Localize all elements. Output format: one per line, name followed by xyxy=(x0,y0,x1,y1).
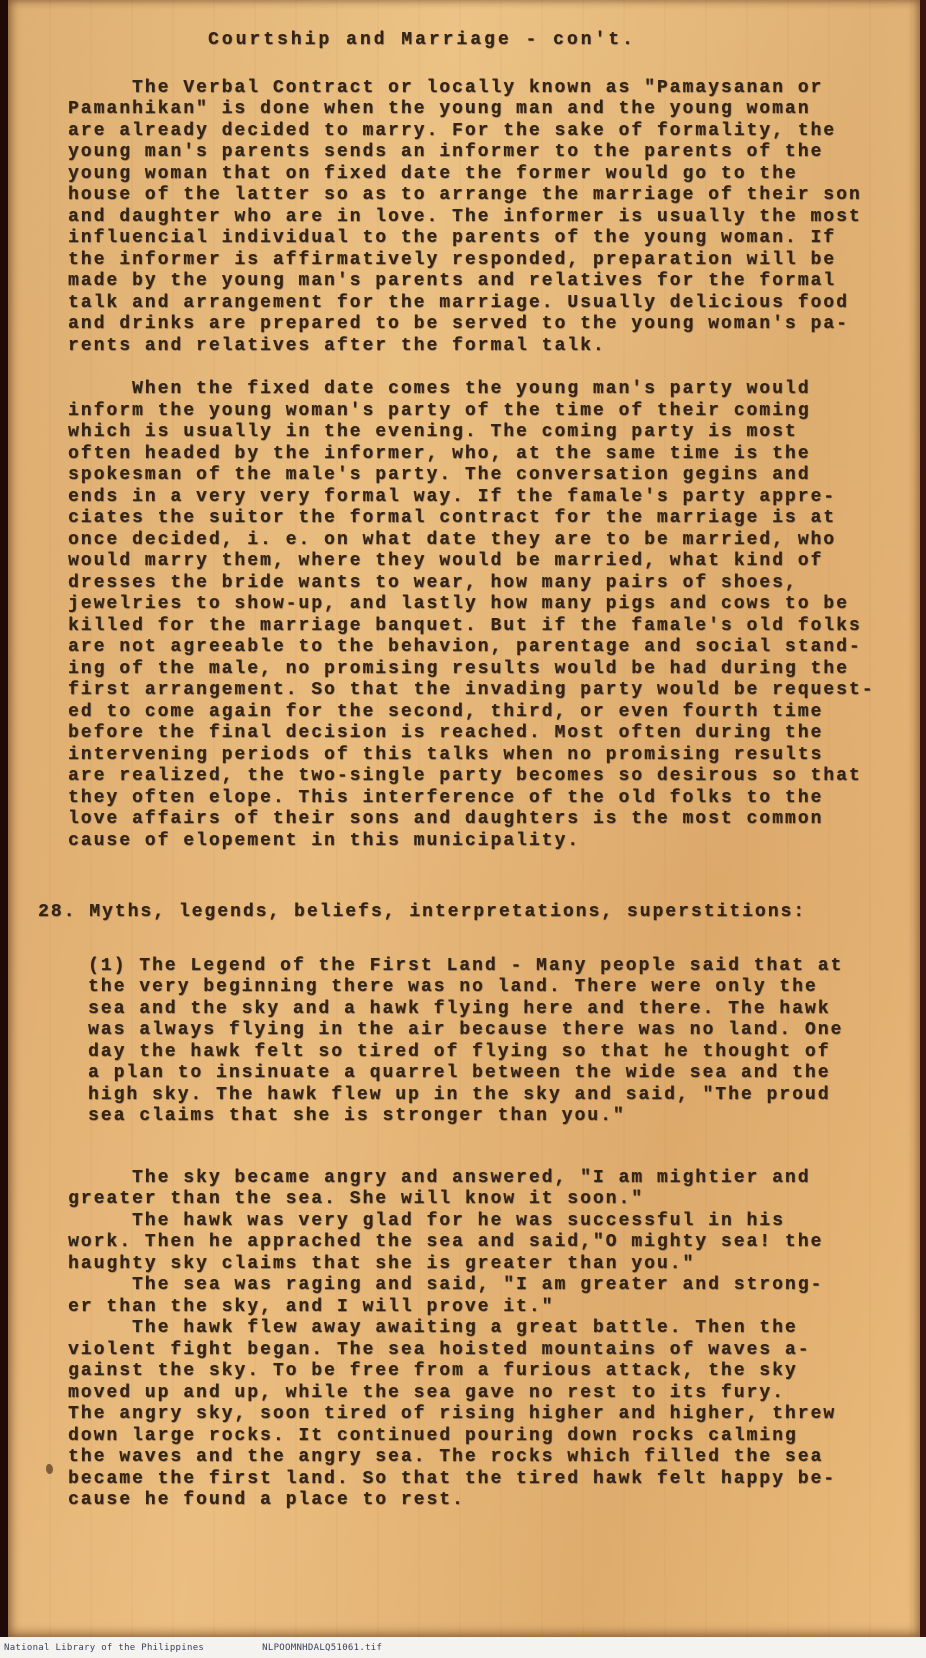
text-line: (1) The Legend of the First Land - Many … xyxy=(88,956,890,978)
text-line: moved up and up, while the sea gave no r… xyxy=(68,1383,890,1405)
text-line: the very beginning there was no land. Th… xyxy=(88,977,890,999)
text-line: ends in a very very formal way. If the f… xyxy=(68,487,890,509)
text-line: er than the sky, and I will prove it." xyxy=(68,1297,890,1319)
text-line: When the fixed date comes the young man'… xyxy=(68,379,890,401)
text-line: greater than the sea. She will know it s… xyxy=(68,1189,890,1211)
text-line: made by the young man's parents and rela… xyxy=(68,271,890,293)
section-heading: 28. Myths, legends, beliefs, interpretat… xyxy=(38,902,890,924)
text-line: sea and the sky and a hawk flying here a… xyxy=(88,999,890,1021)
text-line: young woman that on fixed date the forme… xyxy=(68,164,890,186)
document-blocks: The Verbal Contract or locally known as … xyxy=(68,78,890,1512)
paragraph-block: (1) The Legend of the First Land - Many … xyxy=(88,956,890,1128)
text-line: and daughter who are in love. The inform… xyxy=(68,207,890,229)
paragraph-block: When the fixed date comes the young man'… xyxy=(68,379,890,852)
text-line: The sea was raging and said, "I am great… xyxy=(68,1275,890,1297)
text-line: gainst the sky. To be free from a furiou… xyxy=(68,1361,890,1383)
text-line: they often elope. This interference of t… xyxy=(68,788,890,810)
text-line: work. Then he apprached the sea and said… xyxy=(68,1232,890,1254)
text-line: once decided, i. e. on what date they ar… xyxy=(68,530,890,552)
text-line: The angry sky, soon tired of rising high… xyxy=(68,1404,890,1426)
text-line: which is usually in the evening. The com… xyxy=(68,422,890,444)
paper-sheet: Courtship and Marriage - con't. The Verb… xyxy=(8,0,920,1637)
text-line: cause of elopement in this municipality. xyxy=(68,831,890,853)
text-line: before the final decision is reached. Mo… xyxy=(68,723,890,745)
text-line: The sky became angry and answered, "I am… xyxy=(68,1168,890,1190)
text-line: rents and relatives after the formal tal… xyxy=(68,336,890,358)
text-line: a plan to insinuate a quarrel between th… xyxy=(88,1063,890,1085)
text-line: inform the young woman's party of the ti… xyxy=(68,401,890,423)
typewritten-content: Courtship and Marriage - con't. The Verb… xyxy=(68,30,890,1534)
text-line: cause he found a place to rest. xyxy=(68,1490,890,1512)
text-line: often headed by the informer, who, at th… xyxy=(68,444,890,466)
text-line: The hawk was very glad for he was succes… xyxy=(68,1211,890,1233)
text-line: the waves and the angry sea. The rocks w… xyxy=(68,1447,890,1469)
ink-smudge-artifact xyxy=(46,1464,53,1474)
library-attribution-label: National Library of the Philippines xyxy=(4,1643,204,1653)
paragraph-block: The Verbal Contract or locally known as … xyxy=(68,78,890,358)
paragraph-block: The sky became angry and answered, "I am… xyxy=(68,1168,890,1512)
scan-footer-bar: National Library of the Philippines NLPO… xyxy=(0,1637,926,1658)
text-line: killed for the marriage banquet. But if … xyxy=(68,616,890,638)
text-line: ed to come again for the second, third, … xyxy=(68,702,890,724)
text-line: young man's parents sends an informer to… xyxy=(68,142,890,164)
text-line: and drinks are prepared to be served to … xyxy=(68,314,890,336)
text-line: love affairs of their sons and daughters… xyxy=(68,809,890,831)
text-line: are not agreeable to the behavion, paren… xyxy=(68,637,890,659)
text-line: became the first land. So that the tired… xyxy=(68,1469,890,1491)
text-line: The Verbal Contract or locally known as … xyxy=(68,78,890,100)
text-line: spokesman of the male's party. The conve… xyxy=(68,465,890,487)
text-line: sea claims that she is stronger than you… xyxy=(88,1106,890,1128)
text-line: high sky. The hawk flew up in the sky an… xyxy=(88,1085,890,1107)
text-line: intervening periods of this talks when n… xyxy=(68,745,890,767)
text-line: dresses the bride wants to wear, how man… xyxy=(68,573,890,595)
text-line: violent fight began. The sea hoisted mou… xyxy=(68,1340,890,1362)
text-line: down large rocks. It continued pouring d… xyxy=(68,1426,890,1448)
text-line: house of the latter so as to arrange the… xyxy=(68,185,890,207)
text-line: ing of the male, no promising results wo… xyxy=(68,659,890,681)
text-line: ciates the suitor the formal contract fo… xyxy=(68,508,890,530)
text-line: talk and arrangement for the marriage. U… xyxy=(68,293,890,315)
text-line: The hawk flew away awaiting a great batt… xyxy=(68,1318,890,1340)
text-line: haughty sky claims that she is greater t… xyxy=(68,1254,890,1276)
text-line: 28. Myths, legends, beliefs, interpretat… xyxy=(38,902,890,924)
text-line: influencial individual to the parents of… xyxy=(68,228,890,250)
text-line: the informer is affirmatively responded,… xyxy=(68,250,890,272)
text-line: was always flying in the air because the… xyxy=(88,1020,890,1042)
text-line: first arrangement. So that the invading … xyxy=(68,680,890,702)
scan-filename-label: NLPOOMNHDALQ51061.tif xyxy=(262,1643,382,1653)
text-line: Pamanhikan" is done when the young man a… xyxy=(68,99,890,121)
text-line: jewelries to show-up, and lastly how man… xyxy=(68,594,890,616)
text-line: are realized, the two-single party becom… xyxy=(68,766,890,788)
page-title: Courtship and Marriage - con't. xyxy=(208,30,890,52)
text-line: are already decided to marry. For the sa… xyxy=(68,121,890,143)
scanner-background: Courtship and Marriage - con't. The Verb… xyxy=(0,0,926,1637)
text-line: day the hawk felt so tired of flying so … xyxy=(88,1042,890,1064)
scanned-document-page: { "page": { "title": "Courtship and Marr… xyxy=(0,0,926,1658)
text-line: would marry them, where they would be ma… xyxy=(68,551,890,573)
